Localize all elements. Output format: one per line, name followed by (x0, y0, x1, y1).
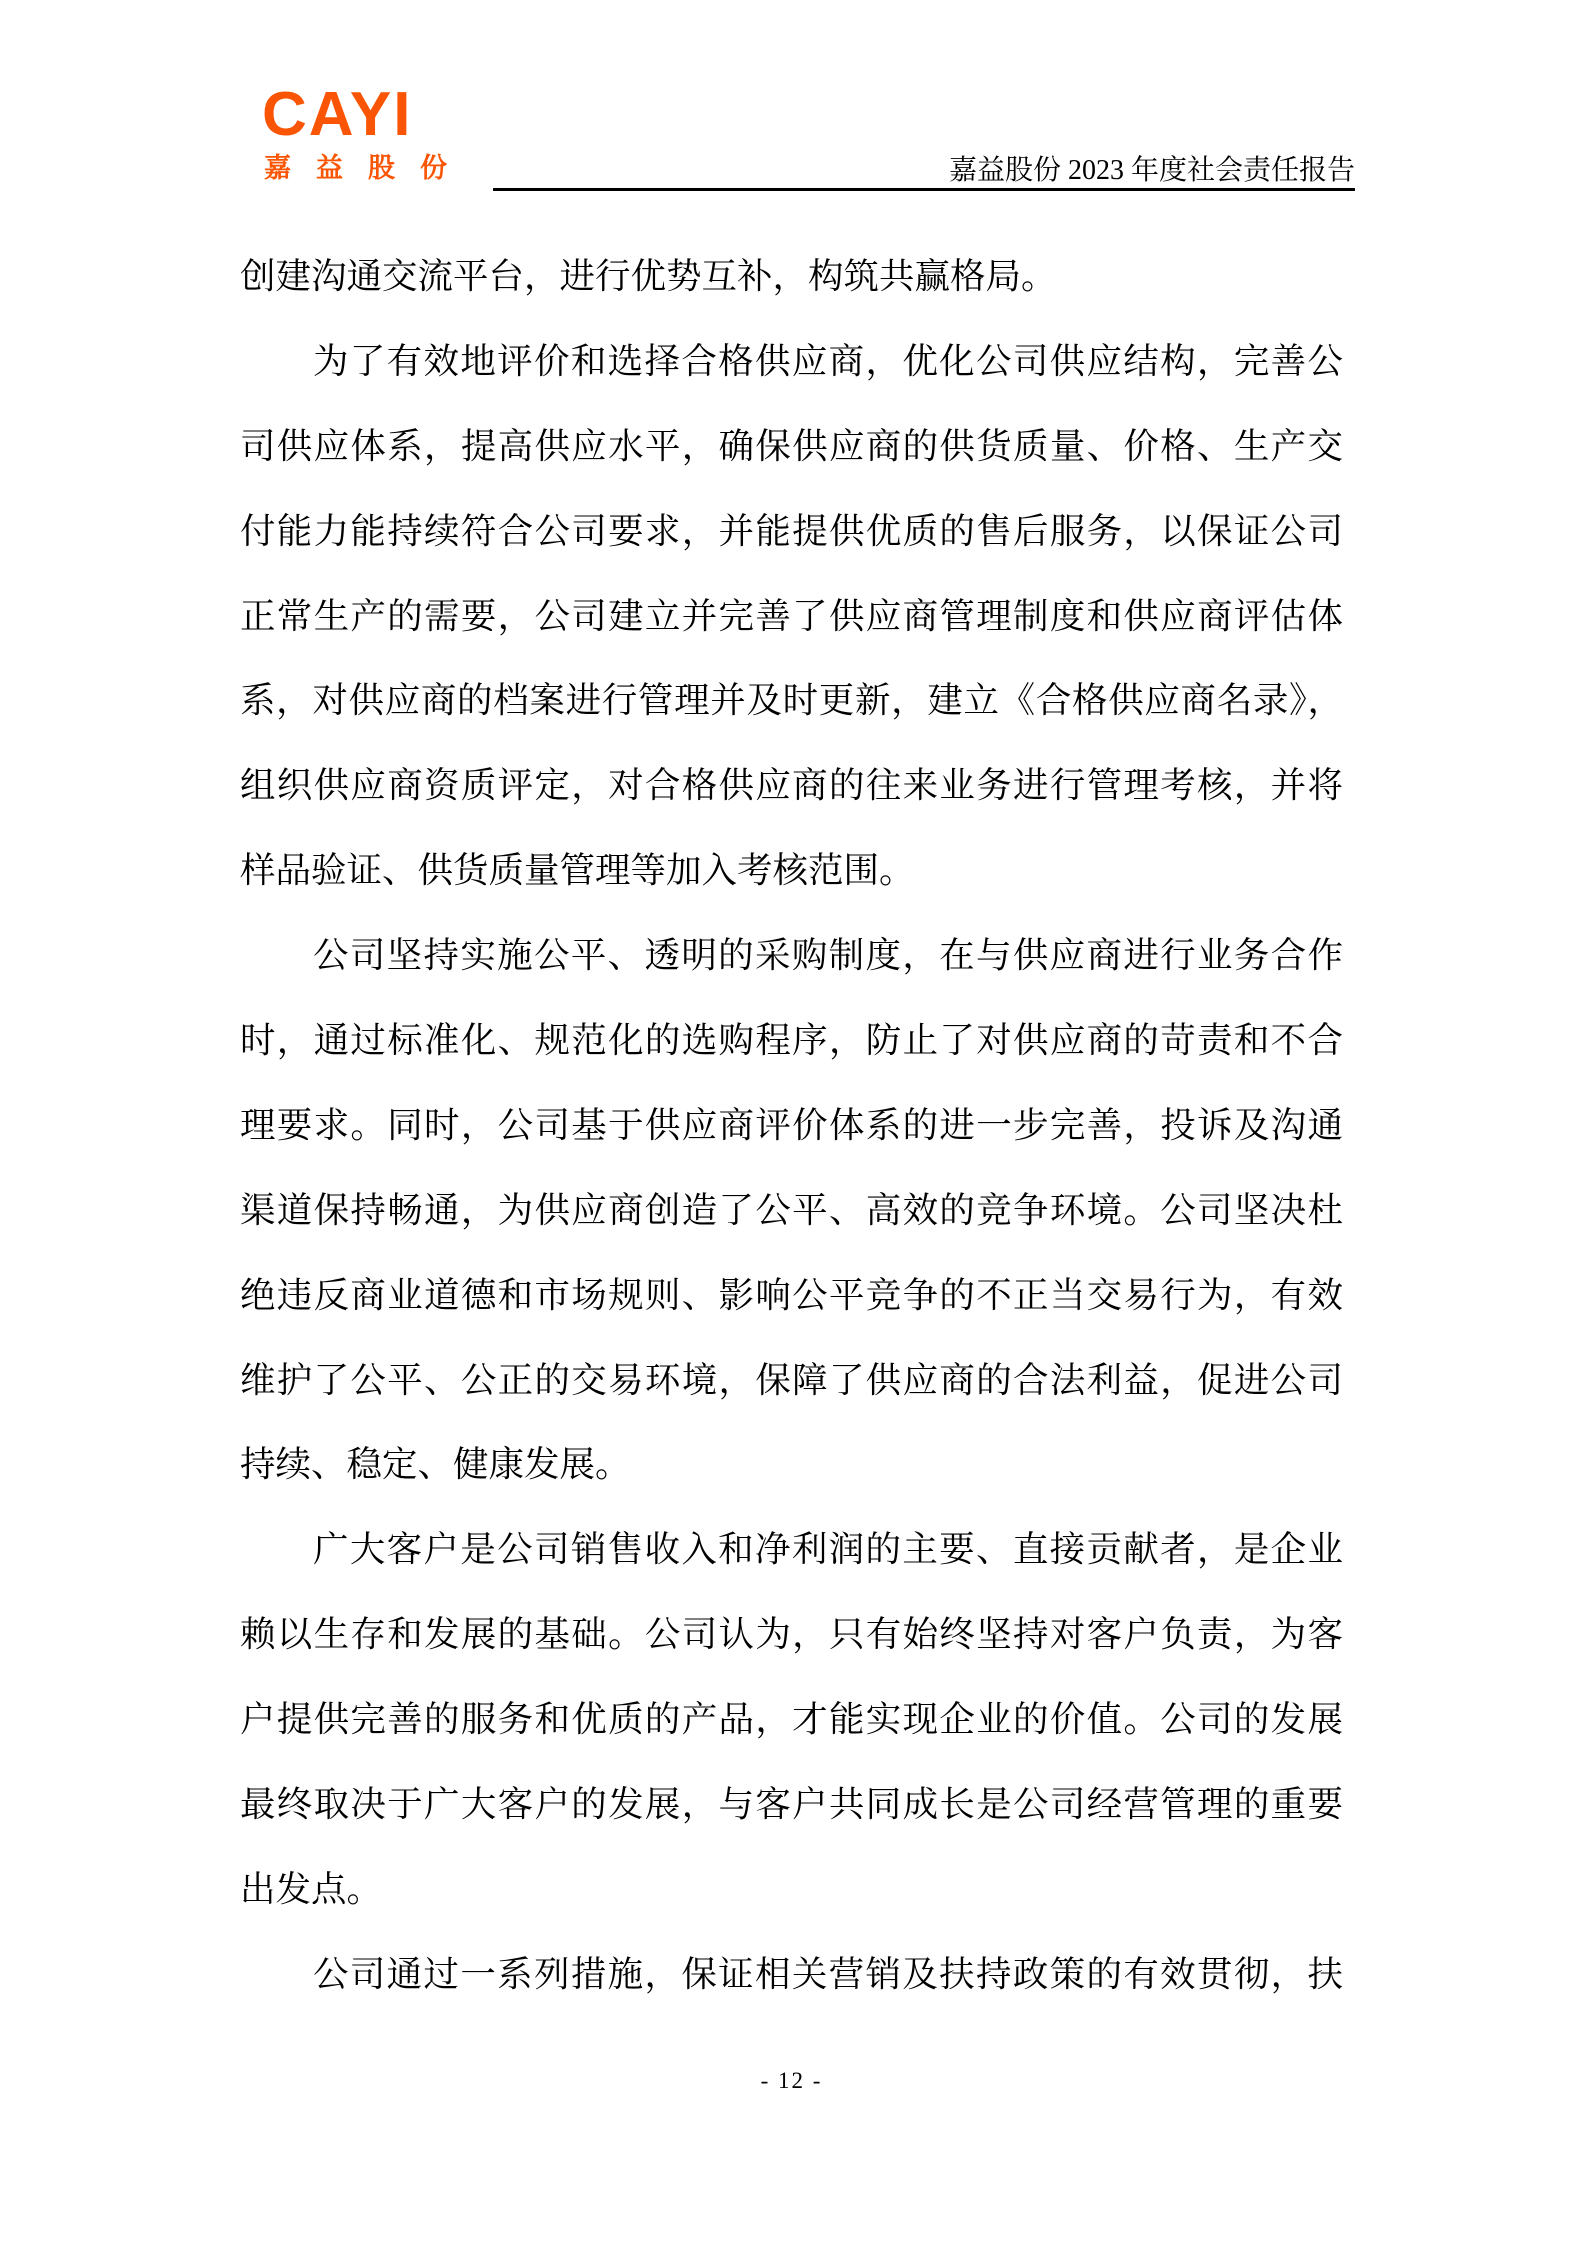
report-header-title: 嘉益股份 2023 年度社会责任报告 (949, 156, 1355, 187)
header-divider-line (493, 188, 1355, 191)
body-text-line: 户提供完善的服务和优质的产品，才能实现企业的价值。公司的发展 (240, 1677, 1343, 1762)
body-text-line: 渠道保持畅通，为供应商创造了公平、高效的竞争环境。公司坚决杜 (240, 1168, 1343, 1253)
body-text-line: 绝违反商业道德和市场规则、影响公平竞争的不正当交易行为，有效 (240, 1253, 1343, 1338)
body-text-line: 付能力能持续符合公司要求，并能提供优质的售后服务，以保证公司 (240, 489, 1343, 574)
page-number: - 12 - (761, 2068, 823, 2093)
body-text-line: 系，对供应商的档案进行管理并及时更新，建立《合格供应商名录》， (240, 658, 1343, 743)
body-text-line: 公司坚持实施公平、透明的采购制度，在与供应商进行业务合作 (240, 913, 1343, 998)
body-text-line: 持续、稳定、健康发展。 (240, 1422, 1343, 1507)
body-text-line: 赖以生存和发展的基础。公司认为，只有始终坚持对客户负责，为客 (240, 1592, 1343, 1677)
body-text-line: 理要求。同时，公司基于供应商评价体系的进一步完善，投诉及沟通 (240, 1083, 1343, 1168)
body-text-line: 出发点。 (240, 1847, 1343, 1932)
body-text-line: 时，通过标准化、规范化的选购程序，防止了对供应商的苛责和不合 (240, 998, 1343, 1083)
body-text-line: 组织供应商资质评定，对合格供应商的往来业务进行管理考核，并将 (240, 743, 1343, 828)
report-page: CAYI 嘉益股份 嘉益股份 2023 年度社会责任报告 创建沟通交流平台，进行… (0, 0, 1587, 2245)
logo-subtitle-text: 嘉益股份 (264, 154, 472, 184)
body-text-line: 公司通过一系列措施，保证相关营销及扶持政策的有效贯彻，扶 (240, 1932, 1343, 2017)
body-text-line: 维护了公平、公正的交易环境，保障了供应商的合法利益，促进公司 (240, 1338, 1343, 1423)
body-text-line: 创建沟通交流平台，进行优势互补，构筑共赢格局。 (240, 234, 1343, 319)
logo-brand-text: CAYI (262, 84, 412, 146)
body-text-line: 正常生产的需要，公司建立并完善了供应商管理制度和供应商评估体 (240, 574, 1343, 659)
body-text-line: 样品验证、供货质量管理等加入考核范围。 (240, 828, 1343, 913)
body-text-line: 广大客户是公司销售收入和净利润的主要、直接贡献者，是企业 (240, 1507, 1343, 1592)
body-text-line: 最终取决于广大客户的发展，与客户共同成长是公司经营管理的重要 (240, 1762, 1343, 1847)
body-text-line: 司供应体系，提高供应水平，确保供应商的供货质量、价格、生产交 (240, 404, 1343, 489)
body-text-line: 为了有效地评价和选择合格供应商，优化公司供应结构，完善公 (240, 319, 1343, 404)
document-body-text: 创建沟通交流平台，进行优势互补，构筑共赢格局。为了有效地评价和选择合格供应商，优… (240, 234, 1343, 2017)
page-footer: - 12 - (240, 2068, 1343, 2094)
